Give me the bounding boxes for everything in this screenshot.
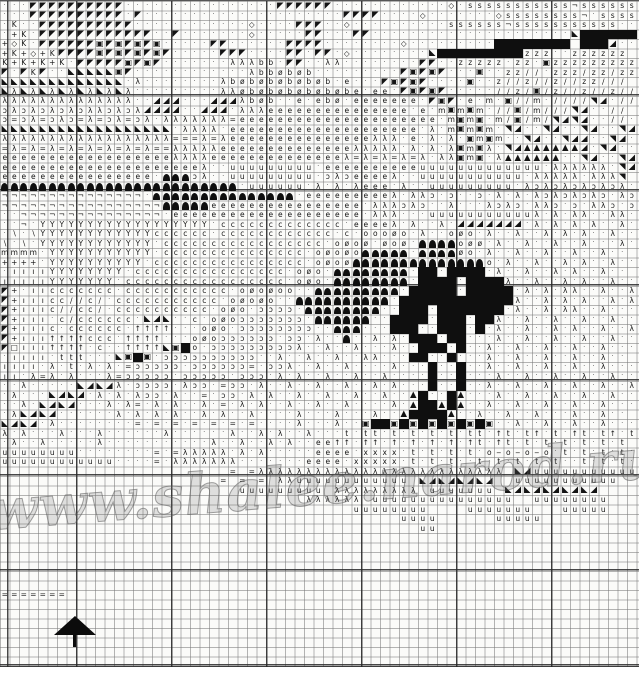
stitch-cell: λ	[580, 163, 590, 173]
stitch-cell: λ	[304, 429, 314, 439]
stitch-cell: ◥	[580, 125, 590, 135]
stitch-cell: ·	[200, 1, 210, 11]
stitch-cell: λ	[485, 343, 495, 353]
stitch-cell	[314, 296, 324, 306]
stitch-cell: ◢	[219, 106, 229, 116]
stitch-cell: u	[57, 457, 67, 467]
stitch-cell: o	[333, 239, 343, 249]
stitch-cell: ·	[276, 391, 286, 401]
stitch-cell: ·	[304, 391, 314, 401]
stitch-cell: e	[247, 134, 257, 144]
stitch-cell: ◤	[295, 58, 305, 68]
stitch-cell: t	[561, 438, 571, 448]
stitch-cell: e	[371, 106, 381, 116]
stitch-cell: e	[266, 201, 276, 211]
stitch-cell: ·	[76, 419, 86, 429]
stitch-cell: Y	[76, 248, 86, 258]
stitch-cell: λ	[86, 96, 96, 106]
stitch-cell: +	[10, 286, 20, 296]
stitch-cell: ·	[390, 11, 400, 21]
stitch-cell: ·	[627, 457, 637, 467]
stitch-cell: ·	[399, 210, 409, 220]
stitch-cell: ı	[10, 353, 20, 363]
stitch-cell: ·	[447, 58, 457, 68]
stitch-cell: ◣	[152, 125, 162, 135]
stitch-cell: λ	[523, 182, 533, 192]
stitch-cell: ·	[399, 429, 409, 439]
stitch-cell: z	[570, 49, 580, 59]
stitch-cell: ◤	[38, 30, 48, 40]
stitch-cell: e	[314, 448, 324, 458]
stitch-cell: λ	[399, 486, 409, 496]
stitch-cell	[247, 191, 257, 201]
stitch-cell: ▣	[475, 125, 485, 135]
stitch-cell	[333, 277, 343, 287]
stitch-cell: λ	[209, 115, 219, 125]
stitch-cell: o	[485, 258, 495, 268]
stitch-cell: ·	[361, 410, 371, 420]
stitch-cell: λ	[456, 467, 466, 477]
stitch-cell: ·	[523, 381, 533, 391]
stitch-cell: ·	[181, 334, 191, 344]
stitch-cell: c	[257, 220, 267, 230]
stitch-cell: c	[247, 220, 257, 230]
stitch-cell: ·	[618, 381, 628, 391]
stitch-cell: ·	[276, 296, 286, 306]
stitch-cell: ·	[542, 163, 552, 173]
stitch-cell	[485, 296, 495, 306]
stitch-cell: ·	[494, 68, 504, 78]
stitch-cell: ∕	[561, 77, 571, 87]
stitch-cell: ◢	[551, 486, 561, 496]
stitch-cell: ◢	[466, 220, 476, 230]
stitch-cell: ↑	[67, 334, 77, 344]
stitch-cell: ◤	[162, 49, 172, 59]
stitch-cell: e	[390, 96, 400, 106]
stitch-cell: ɔ	[295, 315, 305, 325]
stitch-cell: ·	[523, 343, 533, 353]
stitch-cell: m	[485, 125, 495, 135]
stitch-cell: u	[504, 495, 514, 505]
stitch-cell: z	[551, 58, 561, 68]
stitch-cell: ·	[352, 410, 362, 420]
stitch-cell: λ	[314, 400, 324, 410]
stitch-cell	[447, 391, 457, 401]
stitch-cell: ·	[295, 191, 305, 201]
stitch-cell: m	[485, 96, 495, 106]
stitch-cell: ɔ	[238, 334, 248, 344]
stitch-cell: u	[485, 495, 495, 505]
stitch-cell: ·	[171, 49, 181, 59]
stitch-cell	[456, 305, 466, 315]
stitch-cell: c	[219, 248, 229, 258]
stitch-cell: ◣	[143, 315, 153, 325]
stitch-cell: c	[276, 258, 286, 268]
stitch-cell: ·	[276, 96, 286, 106]
stitch-cell: ·	[143, 419, 153, 429]
stitch-cell: ·	[466, 372, 476, 382]
stitch-cell: e	[342, 163, 352, 173]
stitch-cell: u	[238, 486, 248, 496]
stitch-cell: λ	[542, 296, 552, 306]
stitch-cell	[361, 296, 371, 306]
stitch-cell: ·	[285, 30, 295, 40]
stitch-cell: ·	[561, 125, 571, 135]
stitch-cell: ◢	[561, 115, 571, 125]
stitch-cell: o	[314, 248, 324, 258]
stitch-cell: ·	[228, 1, 238, 11]
stitch-cell: λ	[219, 410, 229, 420]
stitch-cell: e	[266, 106, 276, 116]
stitch-cell: ◤	[380, 77, 390, 87]
stitch-cell: ∖	[0, 239, 10, 249]
stitch-cell: λ	[257, 448, 267, 458]
stitch-cell: ‒	[513, 448, 523, 458]
stitch-cell: ◣	[580, 486, 590, 496]
stitch-cell: ·	[323, 334, 333, 344]
stitch-cell: ·	[228, 400, 238, 410]
stitch-cell: ·	[276, 30, 286, 40]
stitch-cell: c	[200, 277, 210, 287]
stitch-cell: +	[10, 258, 20, 268]
stitch-cell: c	[342, 229, 352, 239]
stitch-cell: e	[333, 210, 343, 220]
stitch-cell: b	[257, 68, 267, 78]
stitch-cell: =	[219, 381, 229, 391]
stitch-cell: ø	[333, 96, 343, 106]
stitch-cell: e	[352, 172, 362, 182]
stitch-cell: ◤	[295, 20, 305, 30]
stitch-cell: m	[466, 125, 476, 135]
stitch-cell: ¬	[0, 201, 10, 211]
stitch-cell: u	[428, 210, 438, 220]
stitch-cell: ·	[143, 448, 153, 458]
stitch-cell: ɔ	[257, 305, 267, 315]
stitch-cell: ɔ	[200, 362, 210, 372]
stitch-cell: λ	[570, 248, 580, 258]
stitch-cell: x	[390, 457, 400, 467]
stitch-cell: ▲	[542, 144, 552, 154]
stitch-cell: λ	[599, 172, 609, 182]
stitch-cell: ɔ	[323, 172, 333, 182]
stitch-cell: ·	[209, 172, 219, 182]
stitch-cell: ·	[295, 353, 305, 363]
stitch-cell: λ	[114, 391, 124, 401]
stitch-cell: λ	[352, 495, 362, 505]
stitch-cell: e	[409, 134, 419, 144]
stitch-cell: ·	[181, 1, 191, 11]
stitch-cell: z	[618, 68, 628, 78]
stitch-cell: ·	[266, 49, 276, 59]
stitch-cell: ·	[209, 87, 219, 97]
stitch-cell: ø	[323, 258, 333, 268]
stitch-cell: o	[190, 343, 200, 353]
stitch-cell: λ	[523, 267, 533, 277]
stitch-cell: λ	[48, 96, 58, 106]
stitch-cell: c	[181, 305, 191, 315]
stitch-cell	[371, 419, 381, 429]
stitch-cell: ·	[0, 438, 10, 448]
stitch-cell: ¬	[67, 201, 77, 211]
stitch-cell: Y	[124, 239, 134, 249]
stitch-cell: ·	[409, 248, 419, 258]
stitch-cell: ·	[209, 410, 219, 420]
stitch-cell: λ	[494, 324, 504, 334]
stitch-cell: ◤	[105, 30, 115, 40]
stitch-cell	[133, 353, 143, 363]
stitch-cell: λ	[532, 201, 542, 211]
stitch-cell	[428, 267, 438, 277]
stitch-cell: ◤	[105, 49, 115, 59]
stitch-cell: ·	[456, 438, 466, 448]
stitch-cell: ▣	[456, 115, 466, 125]
stitch-cell	[342, 296, 352, 306]
stitch-cell: ɔ	[152, 372, 162, 382]
stitch-cell: ı	[38, 277, 48, 287]
stitch-cell: λ	[608, 258, 618, 268]
stitch-cell: ◣	[475, 476, 485, 486]
stitch-cell: ·	[494, 30, 504, 40]
stitch-cell	[333, 324, 343, 334]
stitch-cell: e	[285, 134, 295, 144]
stitch-cell: c	[95, 334, 105, 344]
stitch-cell: ·	[456, 429, 466, 439]
stitch-cell: λ	[247, 410, 257, 420]
stitch-cell: ·	[447, 30, 457, 40]
stitch-cell: λ	[580, 315, 590, 325]
stitch-cell: m	[29, 248, 39, 258]
stitch-cell: λ	[48, 144, 58, 154]
stitch-cell	[114, 182, 124, 192]
stitch-cell: λ	[114, 96, 124, 106]
stitch-cell: c	[171, 277, 181, 287]
stitch-cell: ◢	[200, 106, 210, 116]
stitch-cell: ·	[200, 11, 210, 21]
stitch-cell: u	[295, 163, 305, 173]
stitch-cell: ·	[409, 182, 419, 192]
stitch-cell	[608, 30, 618, 40]
stitch-cell: ı	[29, 334, 39, 344]
stitch-cell: c	[200, 267, 210, 277]
stitch-cell: ·	[599, 334, 609, 344]
stitch-cell: =	[228, 467, 238, 477]
stitch-cell: ·	[532, 229, 542, 239]
stitch-cell: c	[190, 315, 200, 325]
stitch-cell: c	[247, 258, 257, 268]
stitch-cell: ·	[190, 1, 200, 11]
stitch-cell: ·	[143, 11, 153, 21]
stitch-cell: ◢	[209, 106, 219, 116]
stitch-cell	[418, 400, 428, 410]
stitch-cell: ◢	[618, 134, 628, 144]
stitch-cell: λ	[276, 353, 286, 363]
stitch-cell: u	[304, 476, 314, 486]
stitch-cell: λ	[542, 343, 552, 353]
stitch-cell: ·	[608, 163, 618, 173]
center-marker-stem	[73, 634, 76, 647]
stitch-cell: ·	[447, 343, 457, 353]
stitch-cell: ·	[10, 220, 20, 230]
stitch-cell: +	[10, 305, 20, 315]
stitch-cell: e	[361, 106, 371, 116]
stitch-cell: ·	[133, 448, 143, 458]
stitch-cell: λ	[333, 467, 343, 477]
stitch-cell	[285, 191, 295, 201]
stitch-cell: λ	[38, 96, 48, 106]
stitch-cell: λ	[409, 486, 419, 496]
stitch-cell: o	[456, 239, 466, 249]
stitch-cell: b	[266, 68, 276, 78]
stitch-cell: ı	[29, 362, 39, 372]
stitch-cell: ·	[276, 49, 286, 59]
stitch-cell: e	[238, 210, 248, 220]
stitch-cell: λ	[532, 172, 542, 182]
stitch-cell: ▣	[152, 49, 162, 59]
stitch-cell: ·	[19, 1, 29, 11]
stitch-cell: e	[238, 201, 248, 211]
stitch-cell: λ	[48, 372, 58, 382]
stitch-cell: ·	[513, 438, 523, 448]
stitch-cell: ◣	[67, 68, 77, 78]
stitch-cell	[409, 305, 419, 315]
stitch-cell	[627, 30, 637, 40]
stitch-cell	[67, 182, 77, 192]
stitch-cell: e	[19, 163, 29, 173]
stitch-cell: ·	[570, 125, 580, 135]
stitch-cell: ·	[361, 391, 371, 401]
stitch-cell: u	[257, 182, 267, 192]
stitch-cell: ·	[627, 258, 637, 268]
stitch-cell: ◤	[399, 68, 409, 78]
stitch-cell: ·	[456, 96, 466, 106]
stitch-cell: ·	[276, 381, 286, 391]
stitch-cell: Y	[114, 229, 124, 239]
stitch-cell: λ	[285, 381, 295, 391]
stitch-cell: ·	[523, 419, 533, 429]
stitch-cell: ·	[114, 448, 124, 458]
stitch-cell: s	[542, 20, 552, 30]
stitch-cell: ·	[437, 125, 447, 135]
stitch-cell: e	[314, 144, 324, 154]
stitch-cell: ·	[542, 68, 552, 78]
stitch-cell: ◣	[162, 125, 172, 135]
stitch-cell	[390, 267, 400, 277]
stitch-cell: e	[257, 144, 267, 154]
stitch-cell: e	[295, 96, 305, 106]
stitch-cell: ·	[181, 391, 191, 401]
stitch-cell: e	[181, 210, 191, 220]
stitch-cell	[618, 30, 628, 40]
stitch-cell: u	[285, 486, 295, 496]
stitch-cell: z	[580, 58, 590, 68]
stitch-cell: λ	[67, 106, 77, 116]
stitch-cell: λ	[361, 153, 371, 163]
stitch-cell: ·	[447, 362, 457, 372]
stitch-cell: u	[428, 524, 438, 534]
stitch-cell: ↑	[48, 343, 58, 353]
stitch-cell: ·	[247, 39, 257, 49]
stitch-cell: λ	[580, 277, 590, 287]
stitch-cell: ·	[551, 410, 561, 420]
stitch-cell: u	[475, 163, 485, 173]
stitch-cell: e	[38, 153, 48, 163]
stitch-cell: m	[466, 115, 476, 125]
stitch-cell: ·	[418, 381, 428, 391]
stitch-cell: λ	[608, 315, 618, 325]
stitch-cell	[333, 286, 343, 296]
stitch-cell: e	[276, 210, 286, 220]
stitch-cell: ı	[38, 315, 48, 325]
stitch-cell: u	[494, 505, 504, 515]
stitch-cell: o	[542, 448, 552, 458]
stitch-cell: u	[523, 163, 533, 173]
stitch-cell: λ	[570, 286, 580, 296]
stitch-cell: ¬	[57, 201, 67, 211]
stitch-cell: ·	[589, 315, 599, 325]
stitch-cell: ◢	[504, 220, 514, 230]
stitch-cell: ·	[618, 267, 628, 277]
stitch-cell: ·	[219, 125, 229, 135]
stitch-cell: ·	[551, 30, 561, 40]
stitch-cell: ·	[342, 30, 352, 40]
stitch-cell: ·	[542, 258, 552, 268]
stitch-cell: ·	[580, 286, 590, 296]
stitch-cell: λ	[304, 495, 314, 505]
stitch-cell: c	[152, 286, 162, 296]
stitch-cell: c	[209, 239, 219, 249]
stitch-cell: c	[285, 248, 295, 258]
stitch-cell: ·	[523, 305, 533, 315]
stitch-cell: ·	[418, 448, 428, 458]
stitch-cell: x	[380, 448, 390, 458]
stitch-cell	[428, 400, 438, 410]
stitch-cell: u	[466, 163, 476, 173]
stitch-cell: ·	[428, 391, 438, 401]
stitch-cell: u	[418, 495, 428, 505]
stitch-cell: z	[475, 58, 485, 68]
stitch-cell: Y	[76, 229, 86, 239]
stitch-cell: +	[10, 296, 20, 306]
stitch-cell: ·	[466, 201, 476, 211]
stitch-cell: ·	[618, 353, 628, 363]
stitch-cell: ·	[219, 438, 229, 448]
stitch-cell: ·	[152, 248, 162, 258]
stitch-cell: Y	[133, 258, 143, 268]
stitch-cell: ·	[152, 172, 162, 182]
stitch-cell: u	[523, 505, 533, 515]
stitch-cell: ɔ	[608, 201, 618, 211]
stitch-cell	[580, 30, 590, 40]
stitch-cell	[428, 362, 438, 372]
stitch-cell: ·	[95, 362, 105, 372]
stitch-cell: ▣	[437, 96, 447, 106]
stitch-cell: s	[618, 1, 628, 11]
stitch-cell: ·	[0, 391, 10, 401]
stitch-cell: e	[276, 125, 286, 135]
stitch-cell: e	[266, 210, 276, 220]
stitch-cell: e	[399, 96, 409, 106]
stitch-cell: ¬	[504, 20, 514, 30]
stitch-cell: ·	[409, 343, 419, 353]
stitch-cell: z	[513, 68, 523, 78]
stitch-cell: λ	[295, 372, 305, 382]
stitch-cell: ·	[114, 362, 124, 372]
stitch-cell: ·	[181, 106, 191, 116]
stitch-cell	[380, 296, 390, 306]
stitch-cell: λ	[48, 106, 58, 116]
stitch-cell: λ	[152, 134, 162, 144]
stitch-cell: λ	[523, 239, 533, 249]
